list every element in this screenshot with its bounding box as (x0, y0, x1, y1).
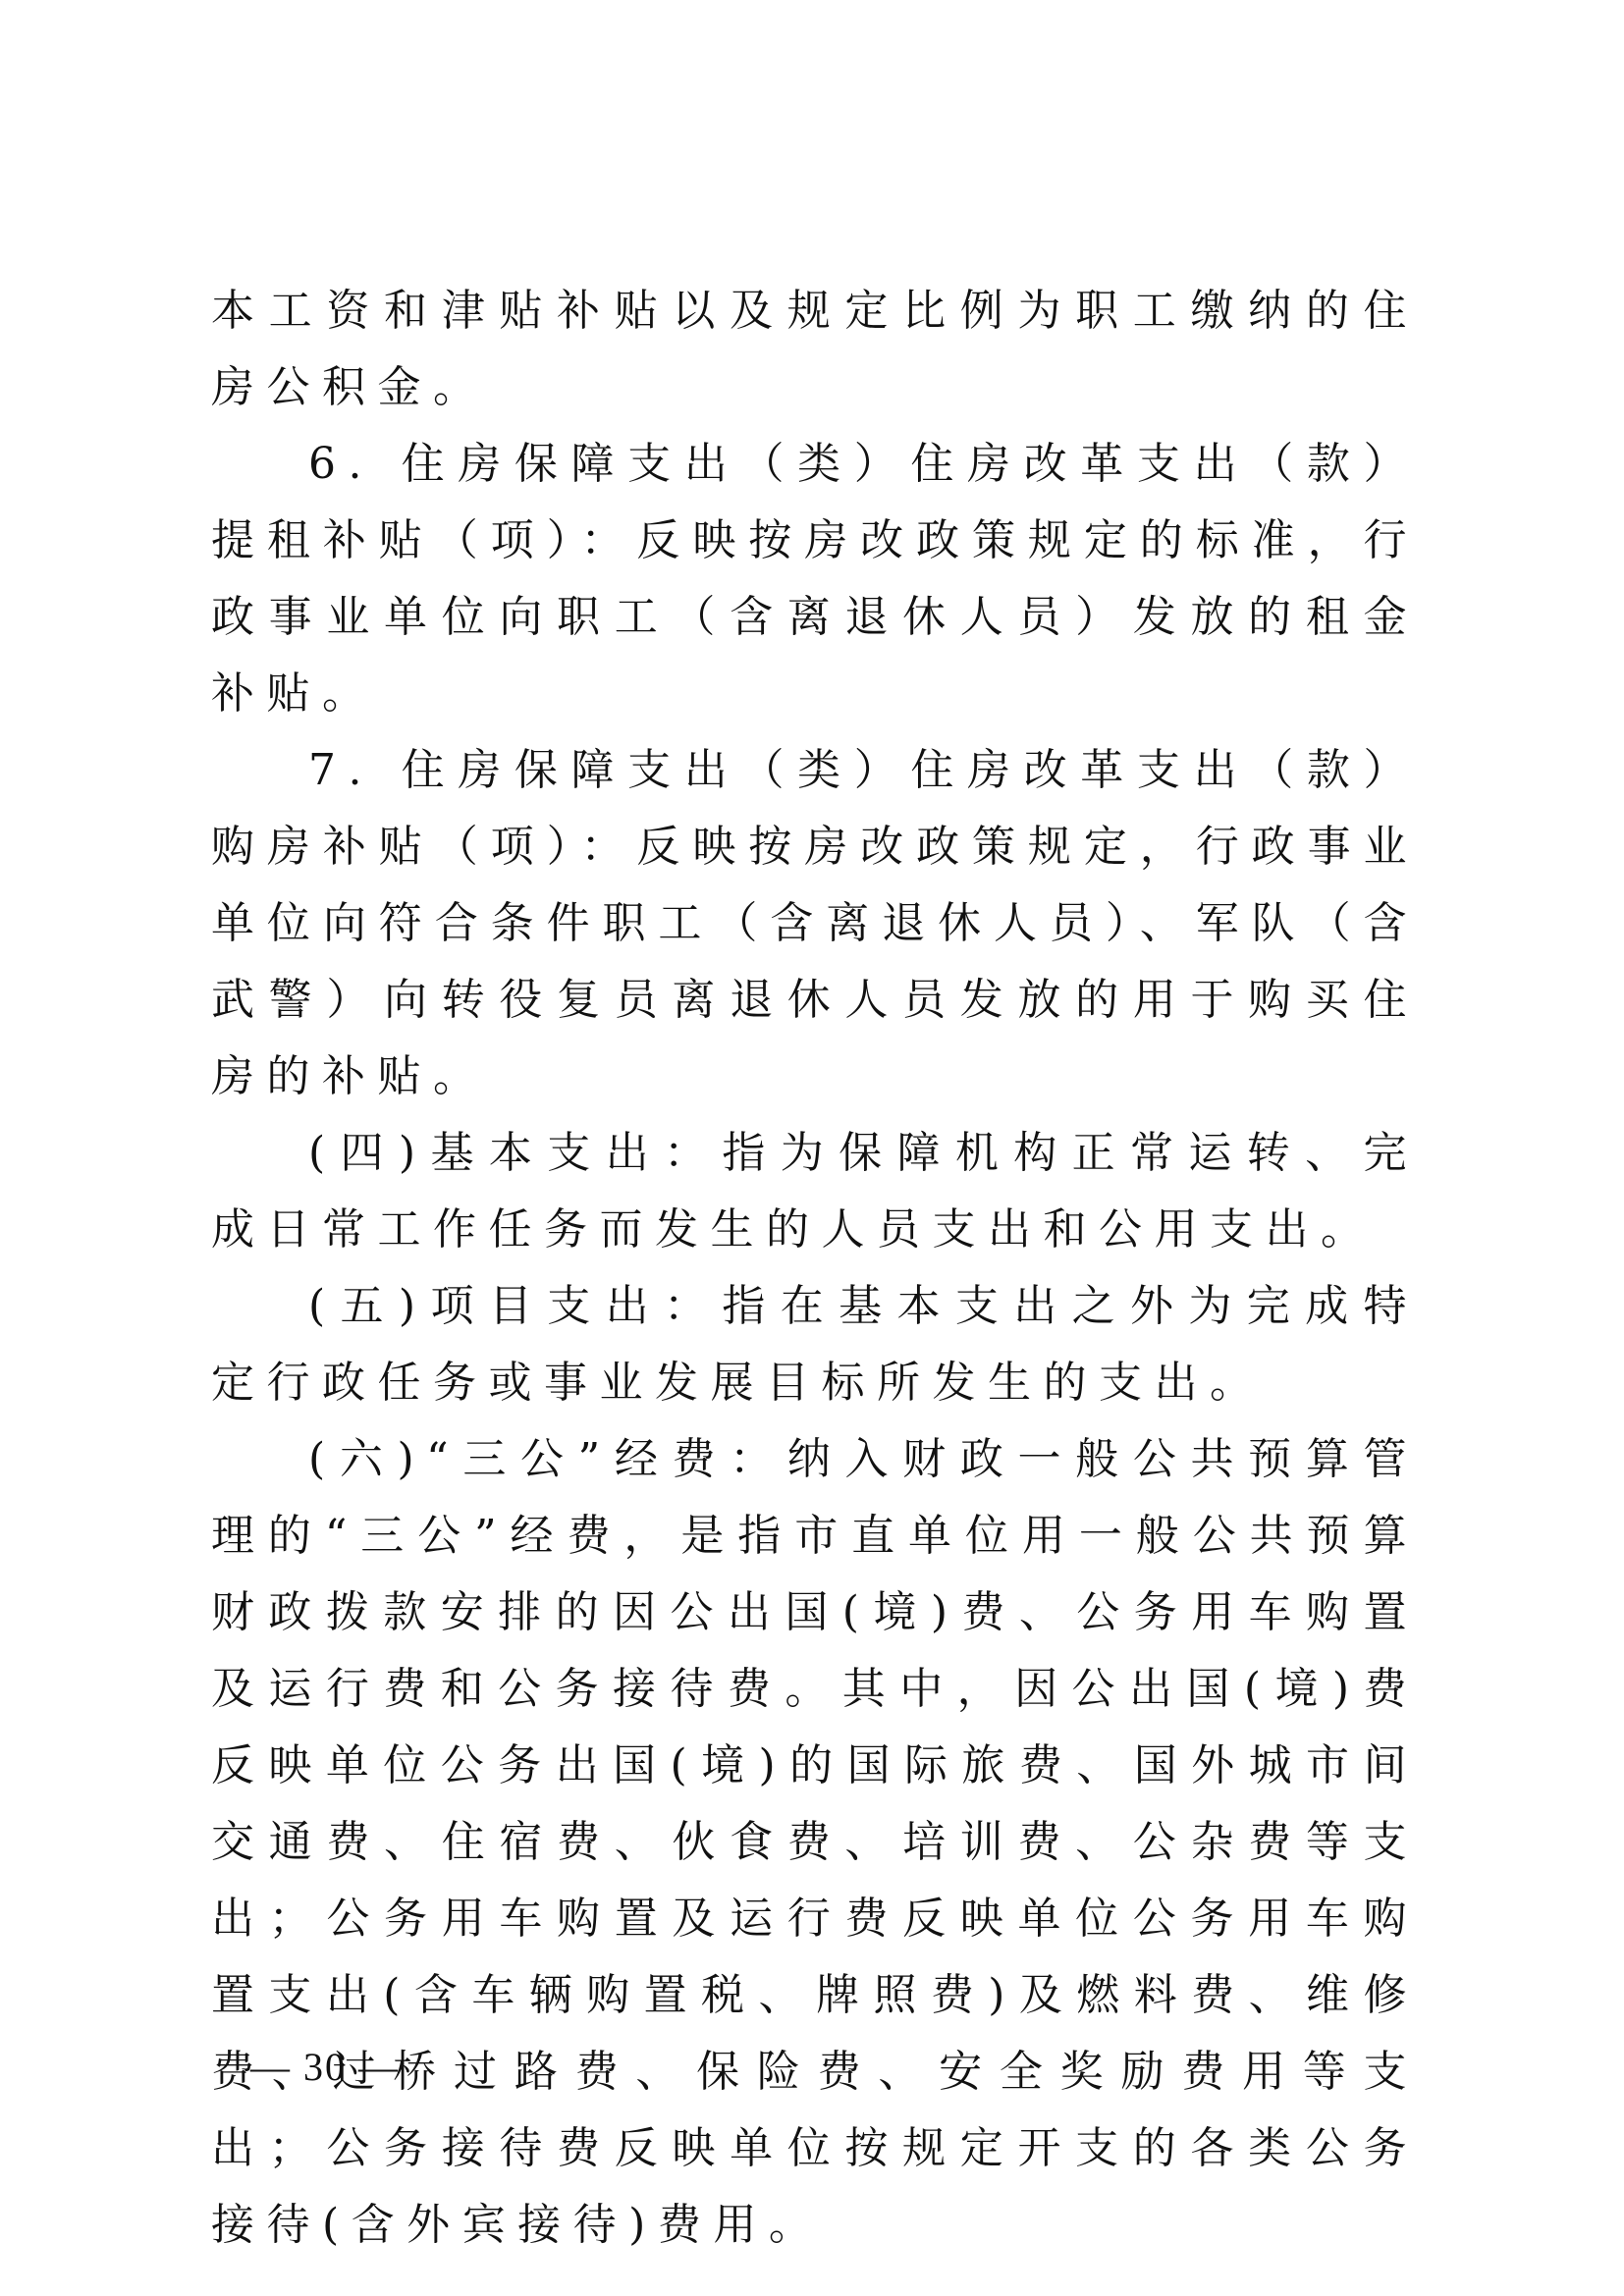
paragraph-three-public-expenses: (六)“三公”经费：纳入财政一般公共预算管理的“三公”经费，是指市直单位用一般公… (211, 1421, 1419, 2264)
paragraph-housing-fund-continuation: 本工资和津贴补贴以及规定比例为职工缴纳的住房公积金。 (211, 273, 1419, 426)
paragraph-basic-expenditure: (四)基本支出：指为保障机构正常运转、完成日常工作任务而发生的人员支出和公用支出… (211, 1115, 1419, 1268)
paragraph-project-expenditure: (五)项目支出：指在基本支出之外为完成特定行政任务或事业发展目标所发生的支出。 (211, 1268, 1419, 1421)
document-page: 本工资和津贴补贴以及规定比例为职工缴纳的住房公积金。 6. 住房保障支出（类）住… (0, 0, 1624, 2296)
paragraph-housing-purchase-subsidy: 7. 住房保障支出（类）住房改革支出（款）购房补贴（项）：反映按房改政策规定，行… (211, 732, 1419, 1115)
page-number: — 30 — (250, 2044, 400, 2090)
paragraph-rent-subsidy: 6. 住房保障支出（类）住房改革支出（款）提租补贴（项）：反映按房改政策规定的标… (211, 426, 1419, 732)
body-text: 本工资和津贴补贴以及规定比例为职工缴纳的住房公积金。 6. 住房保障支出（类）住… (211, 273, 1419, 2264)
